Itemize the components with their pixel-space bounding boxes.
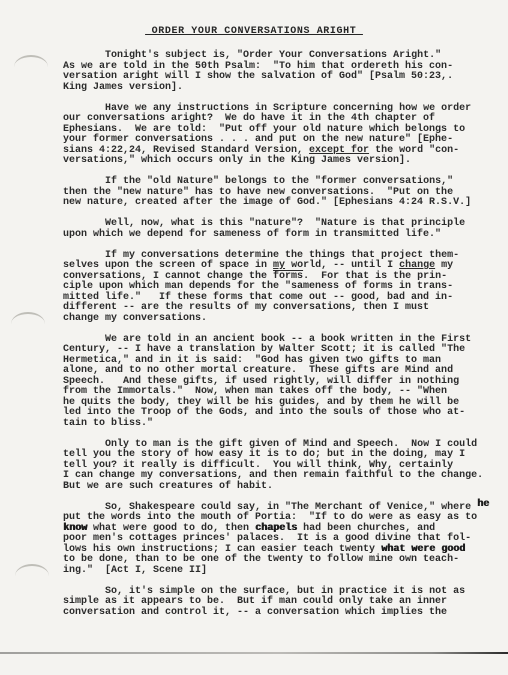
paragraph: Well, now, what is this "nature"? "Natur… [63,219,497,240]
paragraph: We are told in an ancient book -- a book… [63,335,497,430]
document-body: Tonight's subject is, "Order Your Conver… [63,51,497,618]
scanned-document-page: ORDER YOUR CONVERSATIONS ARIGHT Tonight'… [0,0,508,675]
pencil-arc-mark [11,312,45,324]
paragraph: Tonight's subject is, "Order Your Conver… [63,51,497,93]
document-title: ORDER YOUR CONVERSATIONS ARIGHT [0,26,508,37]
paragraph: So, Shakespeare could say, in "The Merch… [63,503,497,577]
paragraph: If my conversations determine the things… [63,251,497,325]
page-edge-line [0,652,508,654]
pencil-arc-mark [14,55,48,67]
paragraph: Have we any instructions in Scripture co… [63,104,497,167]
pencil-arc-mark [15,564,49,576]
paragraph: If the "old Nature" belongs to the "form… [63,177,497,209]
paragraph: So, it's simple on the surface, but in p… [63,587,497,619]
paragraph: Only to man is the gift given of Mind an… [63,440,497,493]
